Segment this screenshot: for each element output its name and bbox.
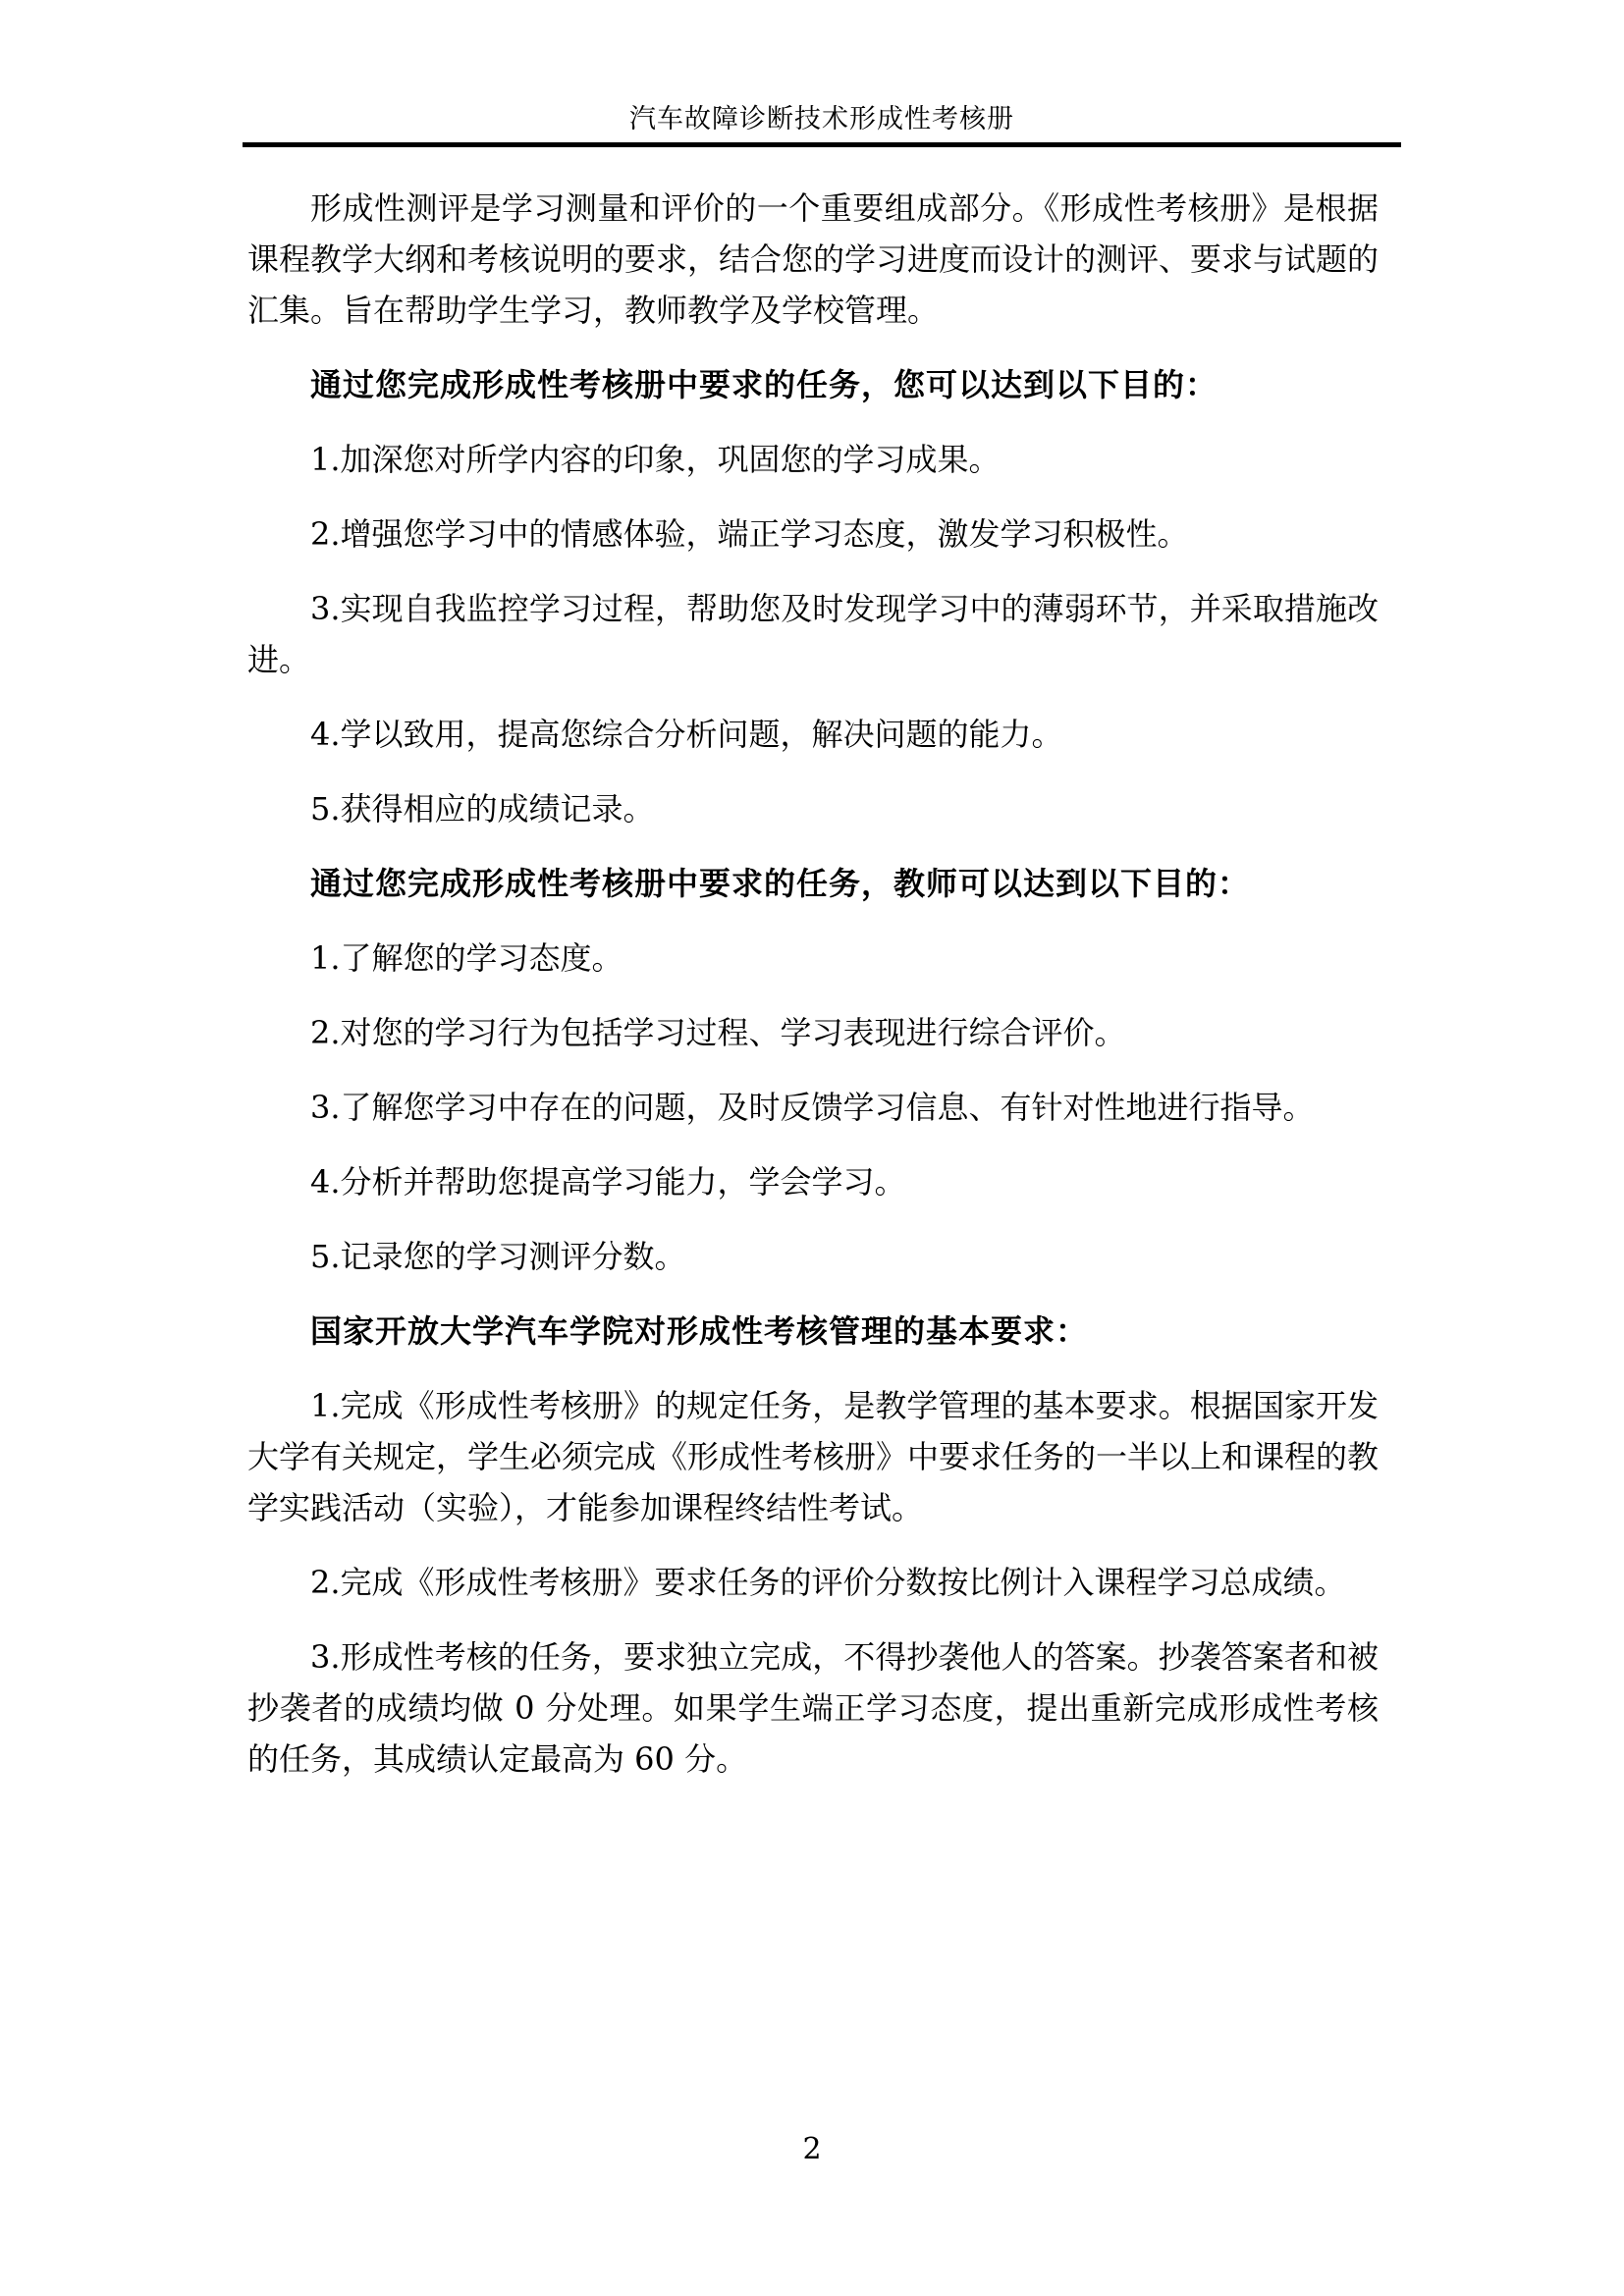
list-item: 1.了解您的学习态度。 (247, 933, 1379, 984)
list-item: 3.实现自我监控学习过程，帮助您及时发现学习中的薄弱环节，并采取措施改进。 (247, 583, 1379, 685)
paragraph: 1.完成《形成性考核册》的规定任务，是教学管理的基本要求。根据国家开发大学有关规… (247, 1380, 1379, 1533)
list-item: 4.学以致用，提高您综合分析问题，解决问题的能力。 (247, 709, 1379, 760)
section-heading: 通过您完成形成性考核册中要求的任务，教师可以达到以下目的： (247, 858, 1379, 909)
page-header: 汽车故障诊断技术形成性考核册 (243, 0, 1401, 147)
list-item: 2.对您的学习行为包括学习过程、学习表现进行综合评价。 (247, 1007, 1379, 1058)
document-body: 形成性测评是学习测量和评价的一个重要组成部分。《形成性考核册》是根据课程教学大纲… (247, 147, 1379, 1785)
list-item: 5.获得相应的成绩记录。 (247, 783, 1379, 834)
document-page: 汽车故障诊断技术形成性考核册 形成性测评是学习测量和评价的一个重要组成部分。《形… (0, 0, 1624, 2296)
section-heading: 通过您完成形成性考核册中要求的任务，您可以达到以下目的： (247, 359, 1379, 410)
section-heading: 国家开放大学汽车学院对形成性考核管理的基本要求： (247, 1306, 1379, 1357)
page-number: 2 (0, 2133, 1624, 2166)
paragraph: 形成性测评是学习测量和评价的一个重要组成部分。《形成性考核册》是根据课程教学大纲… (247, 183, 1379, 336)
header-title: 汽车故障诊断技术形成性考核册 (243, 104, 1401, 135)
paragraph: 2.完成《形成性考核册》要求任务的评价分数按比例计入课程学习总成绩。 (247, 1557, 1379, 1608)
list-item: 3.了解您学习中存在的问题，及时反馈学习信息、有针对性地进行指导。 (247, 1082, 1379, 1133)
list-item: 1.加深您对所学内容的印象，巩固您的学习成果。 (247, 434, 1379, 485)
paragraph: 3.形成性考核的任务，要求独立完成，不得抄袭他人的答案。抄袭答案者和被抄袭者的成… (247, 1631, 1379, 1785)
list-item: 4.分析并帮助您提高学习能力，学会学习。 (247, 1156, 1379, 1207)
list-item: 5.记录您的学习测评分数。 (247, 1231, 1379, 1282)
list-item: 2.增强您学习中的情感体验，端正学习态度，激发学习积极性。 (247, 508, 1379, 560)
